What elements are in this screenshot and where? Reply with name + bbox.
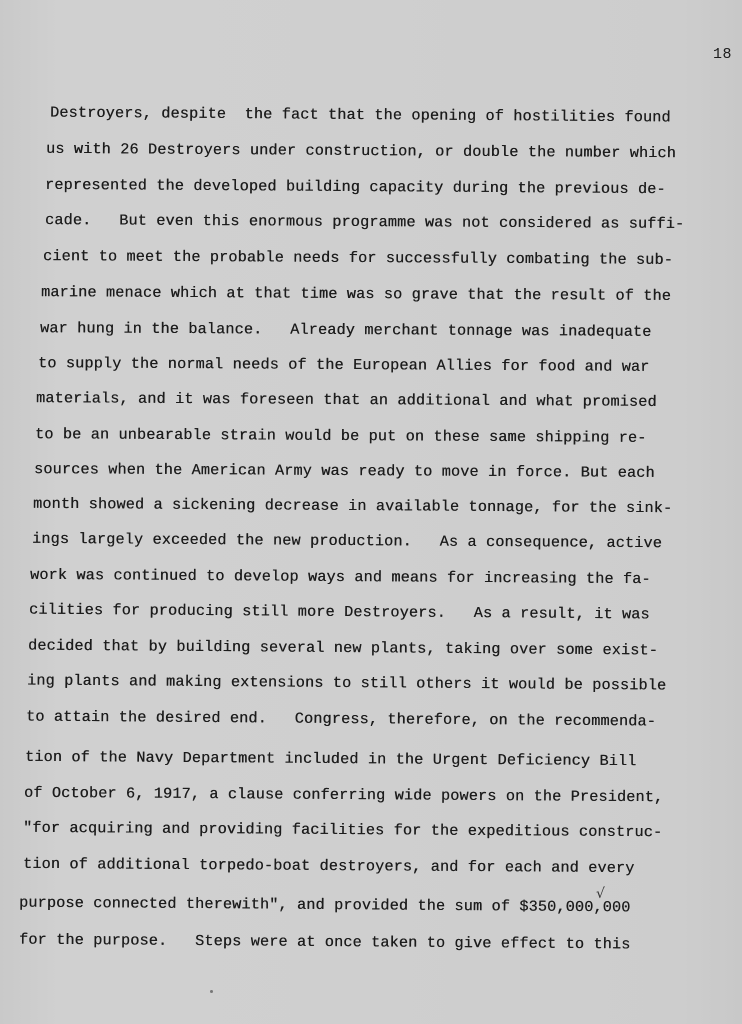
text-line: ing plants and making extensions to stil… <box>27 671 666 694</box>
text-line: ings largely exceeded the new production… <box>32 530 662 552</box>
text-line: purpose connected therewith", and provid… <box>19 894 631 917</box>
text-line: Destroyers, despite the fact that the op… <box>50 104 671 127</box>
paper-speck <box>210 990 213 993</box>
text-line: work was continued to develop ways and m… <box>30 566 651 588</box>
text-line: materials, and it was foreseen that an a… <box>36 389 657 411</box>
handwritten-check-mark: √ <box>596 886 605 902</box>
text-line: to be an unbearable strain would be put … <box>35 425 647 447</box>
text-line: represented the developed building capac… <box>45 176 666 198</box>
text-line: for the purpose. Steps were at once take… <box>19 931 631 954</box>
text-line: cient to meet the probable needs for suc… <box>43 247 673 269</box>
text-line: tion of the Navy Department included in … <box>25 748 637 770</box>
text-line: cade. But even this enormous programme w… <box>45 211 684 233</box>
text-line: to attain the desired end. Congress, the… <box>26 708 656 731</box>
text-line: us with 26 Destroyers under construction… <box>46 140 676 162</box>
text-line: month showed a sickening decrease in ava… <box>33 495 672 517</box>
text-line: decided that by building several new pla… <box>28 637 658 660</box>
text-line: marine menace which at that time was so … <box>41 283 671 305</box>
text-line: "for acquiring and providing facilities … <box>23 819 662 841</box>
text-line: cilities for producing still more Destro… <box>29 601 650 624</box>
text-line: sources when the American Army was ready… <box>34 460 655 482</box>
text-line: tion of additional torpedo-boat destroye… <box>23 855 635 877</box>
page-number: 18 <box>713 46 732 63</box>
text-line: of October 6, 1917, a clause conferring … <box>24 784 663 806</box>
document-page: 18 Destroyers, despite the fact that the… <box>0 0 742 1024</box>
text-line: war hung in the balance. Already merchan… <box>40 319 652 341</box>
text-line: to supply the normal needs of the Europe… <box>38 354 650 376</box>
